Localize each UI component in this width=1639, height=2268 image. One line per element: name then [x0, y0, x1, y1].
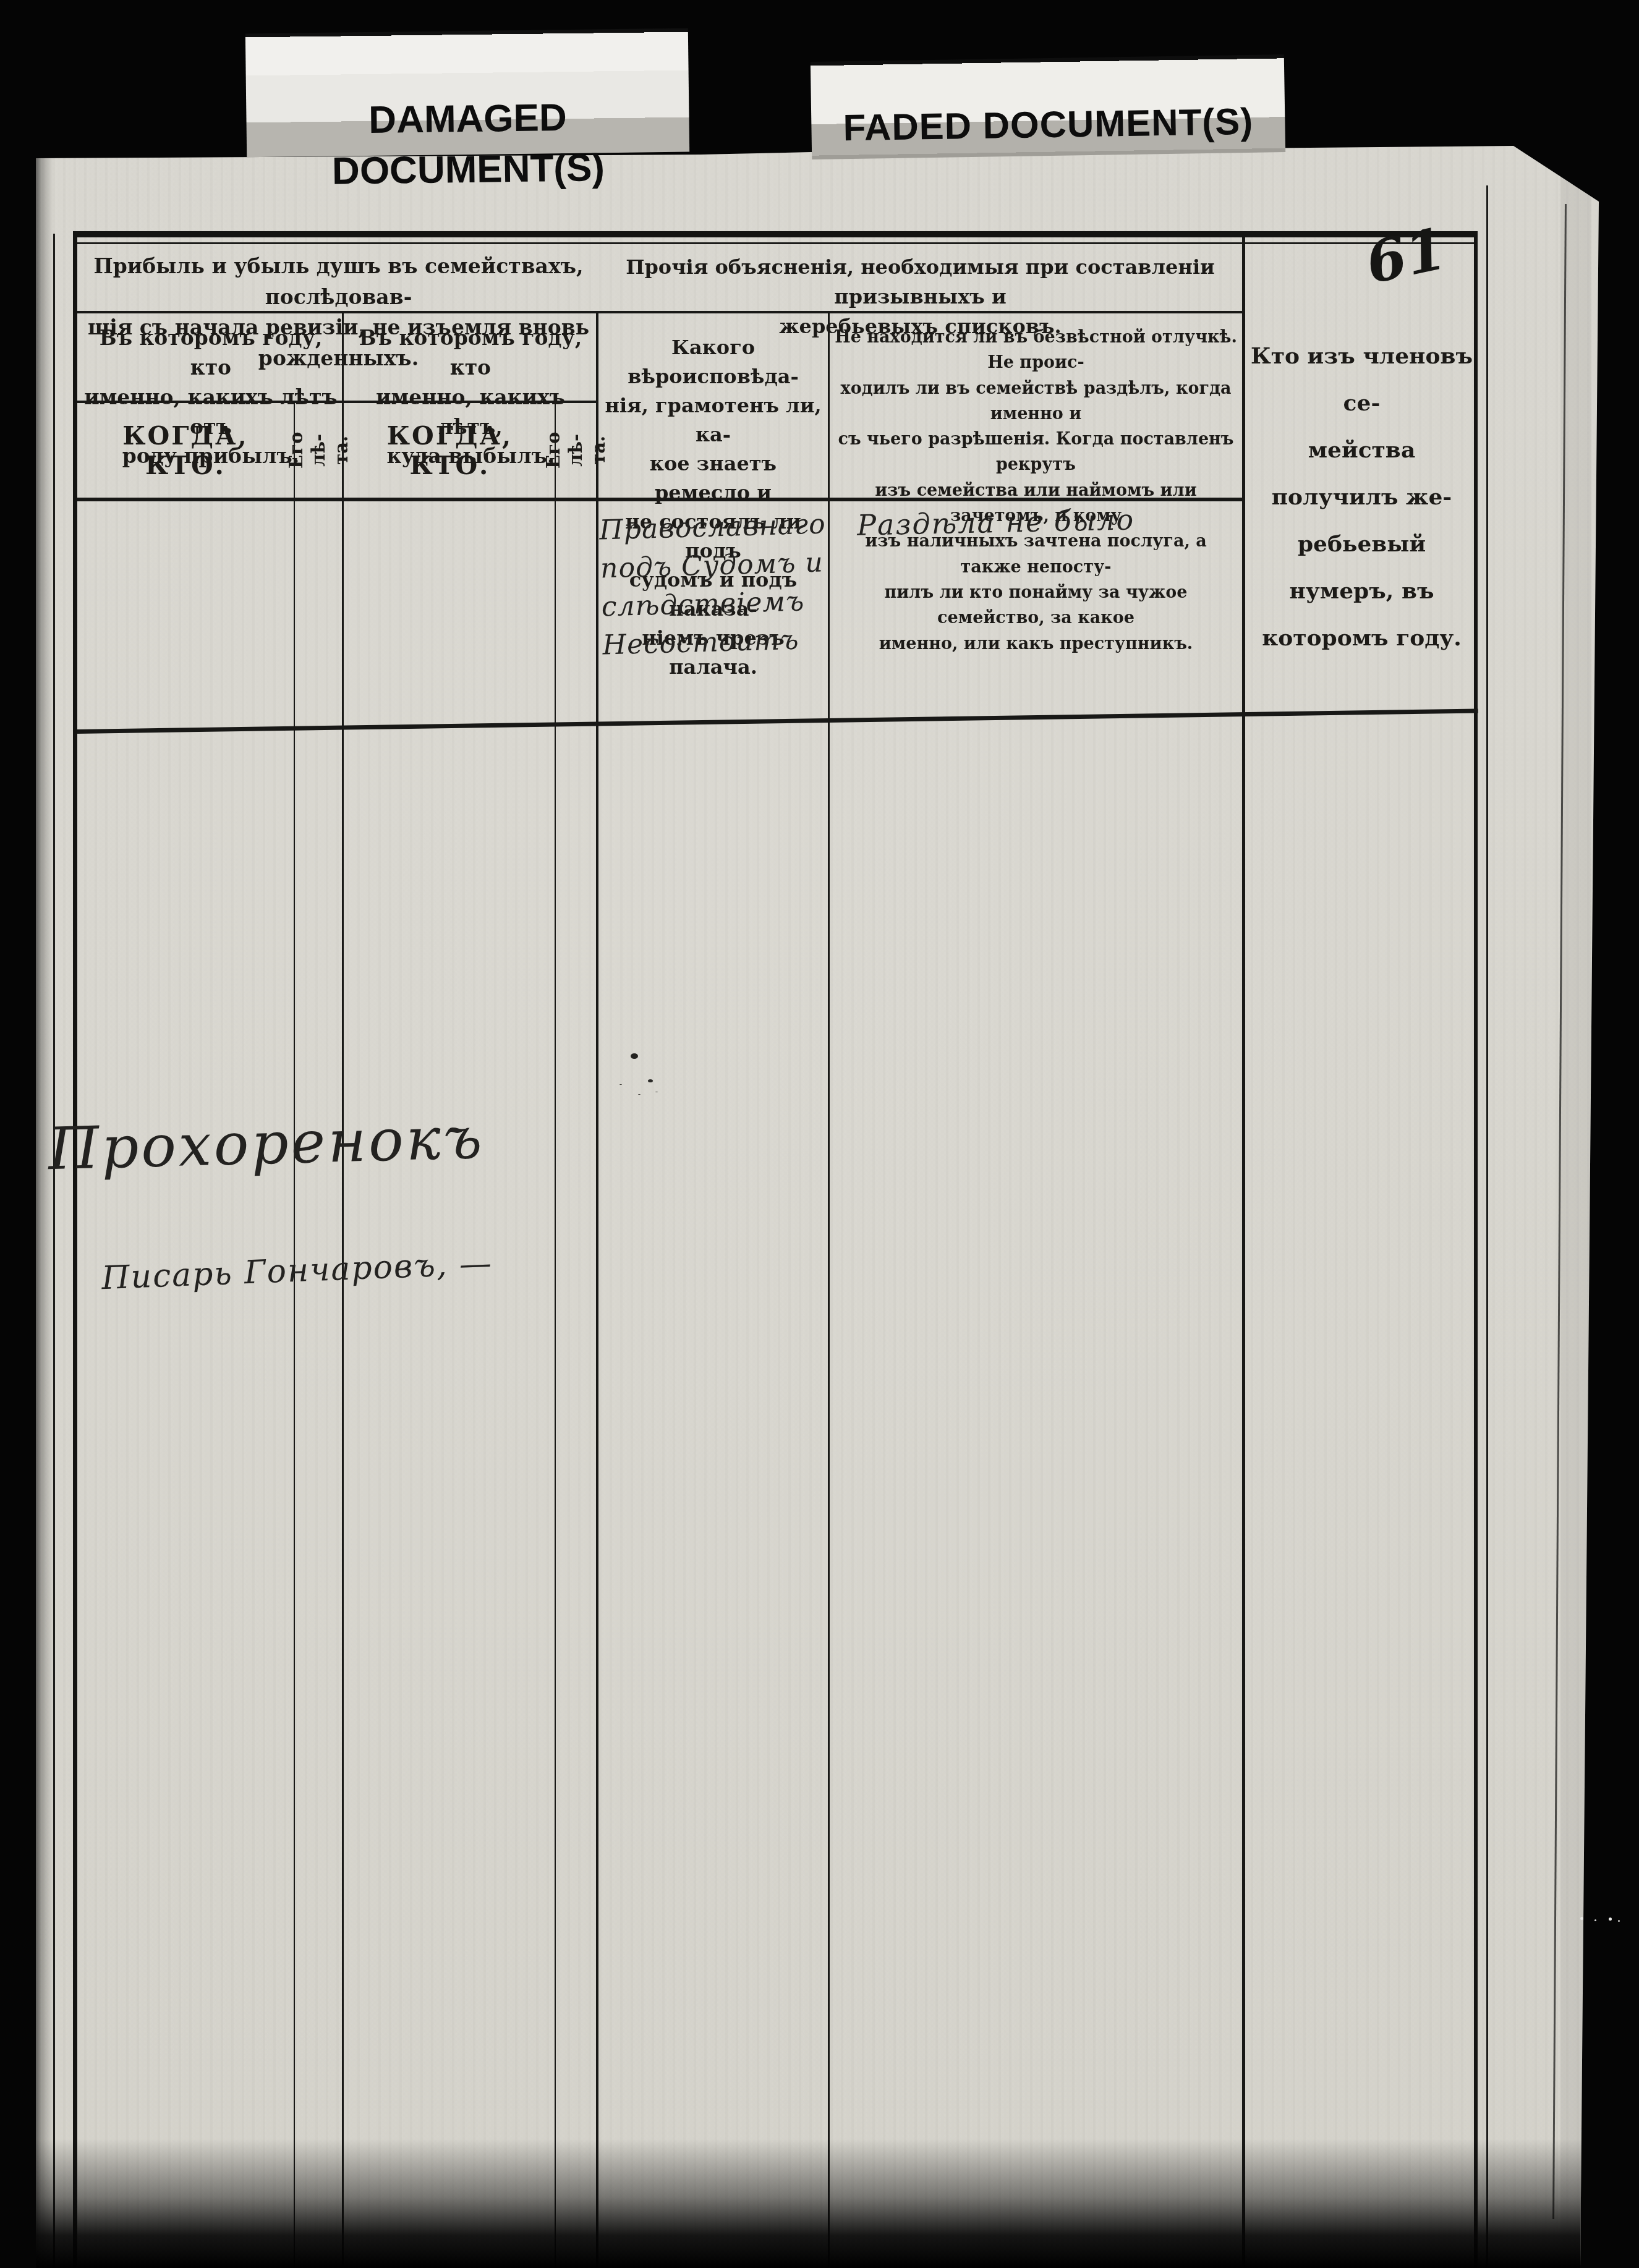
page-right-edge-band [1560, 155, 1591, 2268]
header-age-2-text: Его лѣ- та. [542, 430, 610, 470]
ink-blot [631, 1053, 638, 1059]
column-line-faith [596, 311, 598, 2268]
header-arrived-col: Въ которомъ году, кто именно, какихъ лѣт… [80, 316, 342, 401]
faded-document-banner: FADED DOCUMENT(S) [811, 54, 1285, 159]
handwritten-faith-note: Православнаго подъ Судомъ и слѣдствіемъ … [599, 504, 851, 665]
scanned-document-photo: Прибыль и убыль душъ въ семействахъ, пос… [0, 0, 1639, 2268]
page-left-edge-shadow [32, 155, 53, 2268]
header-lottery-number: Кто изъ членовъ се- мейства получилъ же-… [1245, 237, 1478, 726]
table-outer-rule-right [1486, 185, 1488, 2268]
column-line-departed [342, 311, 344, 2268]
header-when-who-2: КОГДА, КТО. [345, 403, 555, 498]
header-faith-col: Какого вѣроисповѣда- нія, грамотенъ ли, … [601, 316, 825, 498]
table-outer-rule-left [53, 234, 55, 2268]
header-arrivals-departures: Прибыль и убыль душъ въ семействахъ, пос… [81, 242, 596, 311]
page-bottom-shadow [0, 2139, 1639, 2268]
header-absence-col: Не находится ли въ безвѣстной отлучкѣ. Н… [832, 316, 1240, 498]
header-lottery-number-text: Кто изъ членовъ се- мейства получилъ же-… [1251, 343, 1473, 651]
damaged-document-banner: DAMAGED DOCUMENT(S) [245, 28, 689, 158]
dust-specks [1580, 1917, 1583, 1920]
column-line-age1 [294, 401, 295, 2268]
faded-document-banner-text: FADED DOCUMENT(S) [811, 103, 1285, 147]
header-other-explanations: Прочія объясненія, необходимыя при соста… [601, 242, 1240, 311]
header-when-who-1: КОГДА, КТО. [77, 403, 294, 498]
column-line-age2 [555, 401, 556, 2268]
handwritten-division-note: Раздѣла не было [856, 503, 1135, 542]
header-departed-col: Въ которомъ году, кто именно, какихъ лѣт… [345, 316, 596, 401]
header-age-2: Его лѣ- та. [556, 403, 596, 498]
document-page: Прибыль и убыль душъ въ семействахъ, пос… [0, 0, 1639, 2268]
header-age-1-text: Его лѣ- та. [285, 427, 352, 474]
header-age-1: Его лѣ- та. [295, 403, 342, 498]
page-number-annotation: 61 [1362, 225, 1449, 287]
damaged-document-banner-text: DAMAGED DOCUMENT(S) [246, 91, 690, 197]
handwritten-surname: Прохоренокъ [48, 1105, 485, 1183]
